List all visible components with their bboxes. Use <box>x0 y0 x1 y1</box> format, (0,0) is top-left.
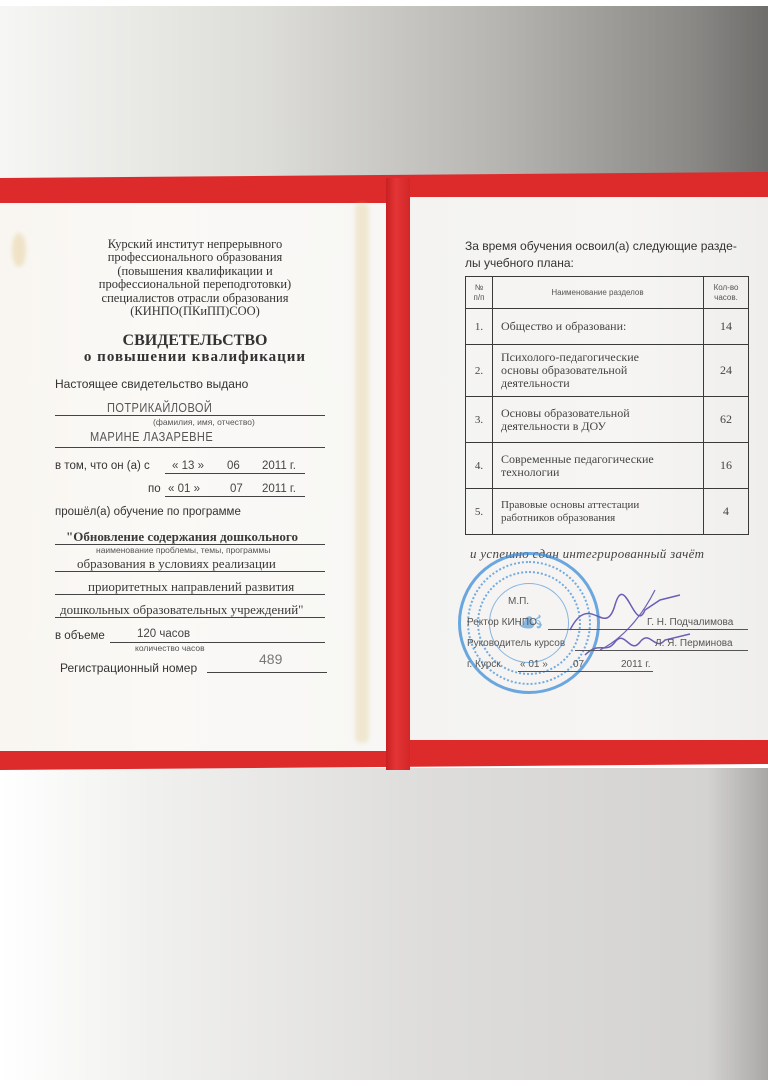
row-hours: 62 <box>704 397 749 443</box>
period-to-day: « 01 » <box>168 483 200 495</box>
row-hours: 4 <box>704 489 749 535</box>
head-label: Руководитель курсов <box>467 638 565 649</box>
document-title: СВИДЕТЕЛЬСТВО <box>60 332 330 350</box>
cover-spine <box>386 178 410 770</box>
program-line-2: образования в условиях реализации <box>77 556 276 572</box>
institution-name: Курский институт непрерывного профессион… <box>60 238 330 318</box>
underline <box>55 617 325 618</box>
header-hours: Кол-вочасов. <box>704 277 749 309</box>
row-number: 4. <box>466 443 493 489</box>
table-row: 2.Психолого-педагогическиеосновы образов… <box>466 345 749 397</box>
institution-line: профессионального образования <box>60 251 330 264</box>
fio-caption: (фамилия, имя, отчество) <box>153 417 255 427</box>
registration-label: Регистрационный номер <box>60 661 197 675</box>
signing-year: 2011 г. <box>621 659 651 670</box>
header-number: №п/п <box>466 277 493 309</box>
period-from-label: в том, что он (а) с <box>55 460 150 472</box>
rector-label: Ректор КИНПО <box>467 617 537 628</box>
issued-to-label: Настоящее свидетельство выдано <box>55 377 248 391</box>
institution-line: (повышения квалификации и <box>60 265 330 278</box>
underline <box>55 415 325 416</box>
program-line-3: приоритетных направлений развития <box>88 579 294 595</box>
table-row: 4.Современные педагогическиетехнологии16 <box>466 443 749 489</box>
institution-line: (КИНПО(ПКиПП)СОО) <box>60 305 330 318</box>
row-hours: 24 <box>704 345 749 397</box>
underline <box>55 447 325 448</box>
stain <box>355 203 369 743</box>
city-label: г. Курск <box>467 659 501 670</box>
institution-line: профессиональной переподготовки) <box>60 278 330 291</box>
underline <box>575 650 748 651</box>
rector-name: Г. Н. Подчалимова <box>647 617 733 628</box>
row-section-name: Современные педагогическиетехнологии <box>493 443 704 489</box>
table-row: 3.Основы образовательнойдеятельности в Д… <box>466 397 749 443</box>
underline <box>548 629 748 630</box>
underline <box>207 672 327 673</box>
row-number: 5. <box>466 489 493 535</box>
recipient-name: МАРИНЕ ЛАЗАРЕВНЕ <box>90 429 213 444</box>
row-hours: 14 <box>704 309 749 345</box>
volume-label: в объеме <box>55 630 105 642</box>
registration-number: 489 <box>259 651 282 667</box>
scanner-background-bottom <box>0 768 768 1086</box>
volume-value: 120 часов <box>137 628 190 640</box>
table-row: 1.Общество и образовани:14 <box>466 309 749 345</box>
period-from-year: 2011 г. <box>262 460 296 472</box>
table-row: 5.Правовые основы аттестацииработников о… <box>466 489 749 535</box>
row-hours: 16 <box>704 443 749 489</box>
program-caption: наименование проблемы, темы, программы <box>96 545 270 555</box>
underline <box>55 594 325 595</box>
period-to-label: по <box>148 483 161 495</box>
underline <box>165 496 305 497</box>
institution-line: специалистов отрасли образования <box>60 292 330 305</box>
row-number: 2. <box>466 345 493 397</box>
signing-month: 07 <box>573 659 584 670</box>
document-subtitle: о повышении квалификации <box>50 349 340 366</box>
header-section-name: Наименование разделов <box>493 277 704 309</box>
stain <box>12 233 26 267</box>
program-line-4: дошкольных образовательных учреждений" <box>60 602 303 618</box>
program-line-1: "Обновление содержания дошкольного <box>66 529 298 545</box>
plan-intro-line-1: За время обучения освоил(а) следующие ра… <box>465 239 737 253</box>
underline <box>165 473 305 474</box>
recipient-surname: ПОТРИКАЙЛОВОЙ <box>107 400 212 415</box>
curriculum-table: №п/пНаименование разделовКол-вочасов.1.О… <box>465 276 749 535</box>
program-label: прошёл(а) обучение по программе <box>55 506 241 518</box>
row-number: 3. <box>466 397 493 443</box>
underline <box>55 571 325 572</box>
volume-caption: количество часов <box>135 643 205 653</box>
plan-intro-line-2: лы учебного плана: <box>465 256 574 270</box>
signing-day: « 01 » <box>520 659 548 670</box>
underline <box>518 671 653 672</box>
scanner-background-top <box>0 0 768 182</box>
period-from-month: 06 <box>227 460 240 472</box>
period-to-month: 07 <box>230 483 243 495</box>
row-section-name: Правовые основы аттестацииработников обр… <box>493 489 704 535</box>
period-from-day: « 13 » <box>172 460 204 472</box>
head-name: Л. Я. Перминова <box>655 638 733 649</box>
table-header-row: №п/пНаименование разделовКол-вочасов. <box>466 277 749 309</box>
row-section-name: Общество и образовани: <box>493 309 704 345</box>
row-section-name: Основы образовательнойдеятельности в ДОУ <box>493 397 704 443</box>
row-section-name: Психолого-педагогическиеосновы образоват… <box>493 345 704 397</box>
seal-label: М.П. <box>508 596 529 607</box>
row-number: 1. <box>466 309 493 345</box>
period-to-year: 2011 г. <box>262 483 296 495</box>
institution-line: Курский институт непрерывного <box>60 238 330 251</box>
